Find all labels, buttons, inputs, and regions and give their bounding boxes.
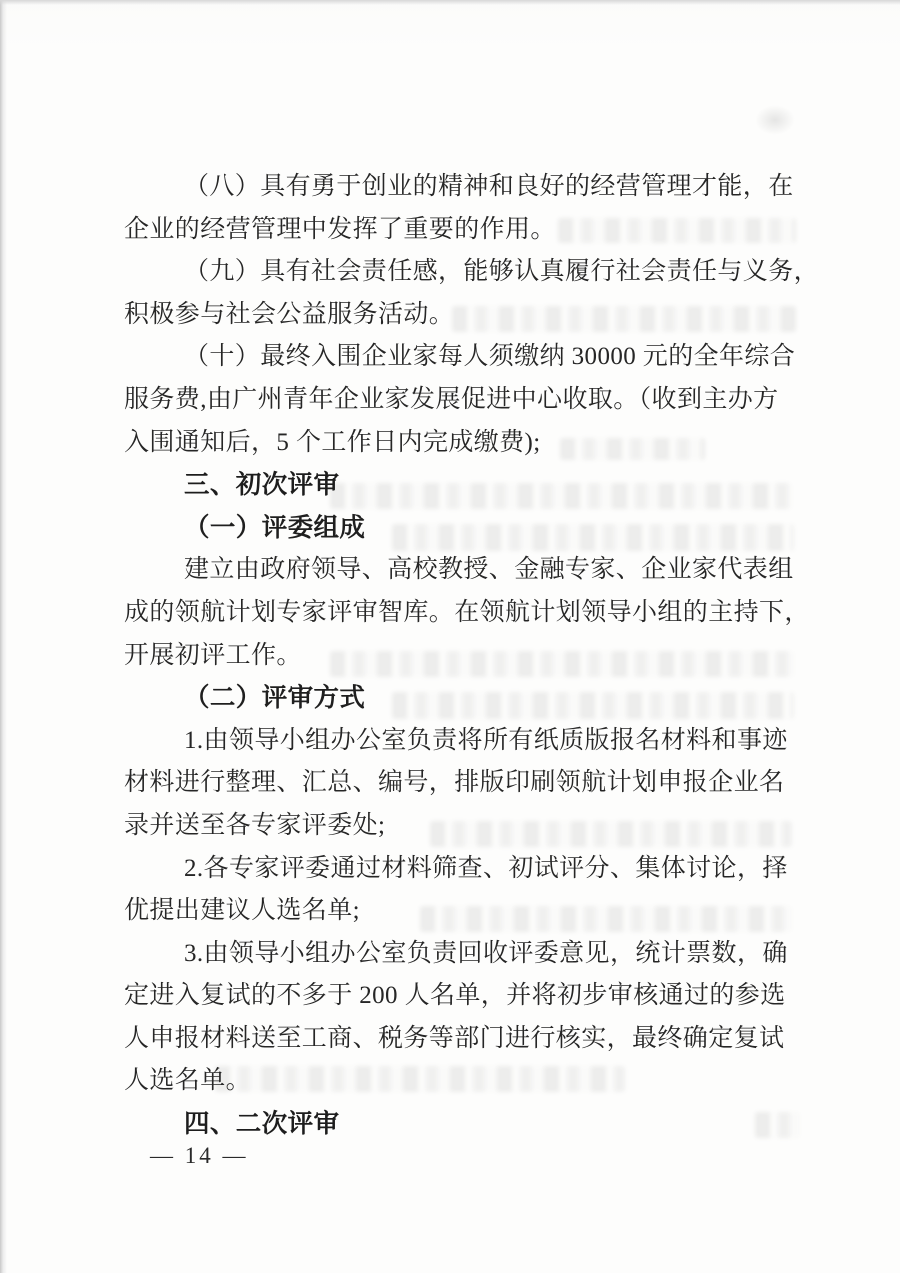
text-line-6: 服务费,由广州青年企业家发展促进中心收取。（收到主办方: [124, 379, 796, 422]
scan-edge-top: [0, 0, 900, 5]
text-line-14: 1.由领导小组办公室负责将所有纸质版报名材料和事迹: [124, 720, 796, 763]
subsection-heading-3-1: （一）评委组成: [124, 507, 796, 550]
text-line-15: 材料进行整理、汇总、编号，排版印刷领航计划申报企业名: [124, 762, 796, 805]
document-body: （八）具有勇于创业的精神和良好的经营管理才能，在 企业的经营管理中发挥了重要的作…: [124, 166, 796, 1146]
scan-smudge: [755, 105, 795, 135]
scan-edge-left: [0, 0, 7, 1273]
text-line-17: 2.各专家评委通过材料筛查、初试评分、集体讨论，择: [124, 848, 796, 891]
text-line-20: 定进入复试的不多于 200 人名单，并将初步审核通过的参选: [124, 975, 796, 1018]
text-line-11: 成的领航计划专家评审智库。在领航计划领导小组的主持下，: [124, 592, 796, 635]
page-number: — 14 —: [150, 1143, 249, 1169]
subsection-heading-3-2: （二）评审方式: [124, 677, 796, 720]
text-line-1: （八）具有勇于创业的精神和良好的经营管理才能，在: [124, 166, 796, 209]
text-line-4: 积极参与社会公益服务活动。: [124, 294, 796, 337]
text-line-18: 优提出建议人选名单;: [124, 890, 796, 933]
text-line-5: （十）最终入围企业家每人须缴纳 30000 元的全年综合: [124, 336, 796, 379]
text-line-16: 录并送至各专家评委处;: [124, 805, 796, 848]
text-line-3: （九）具有社会责任感，能够认真履行社会责任与义务，: [124, 251, 796, 294]
text-line-10: 建立由政府领导、高校教授、金融专家、企业家代表组: [124, 549, 796, 592]
scanned-document-page: （八）具有勇于创业的精神和良好的经营管理才能，在 企业的经营管理中发挥了重要的作…: [0, 0, 900, 1273]
text-line-22: 人选名单。: [124, 1060, 796, 1103]
section-heading-4: 四、二次评审: [124, 1103, 796, 1146]
text-line-2: 企业的经营管理中发挥了重要的作用。: [124, 209, 796, 252]
section-heading-3: 三、初次评审: [124, 464, 796, 507]
text-line-7: 入围通知后，5 个工作日内完成缴费);: [124, 422, 796, 465]
text-line-21: 人申报材料送至工商、税务等部门进行核实，最终确定复试: [124, 1018, 796, 1061]
text-line-12: 开展初评工作。: [124, 635, 796, 678]
text-line-19: 3.由领导小组办公室负责回收评委意见，统计票数，确: [124, 933, 796, 976]
